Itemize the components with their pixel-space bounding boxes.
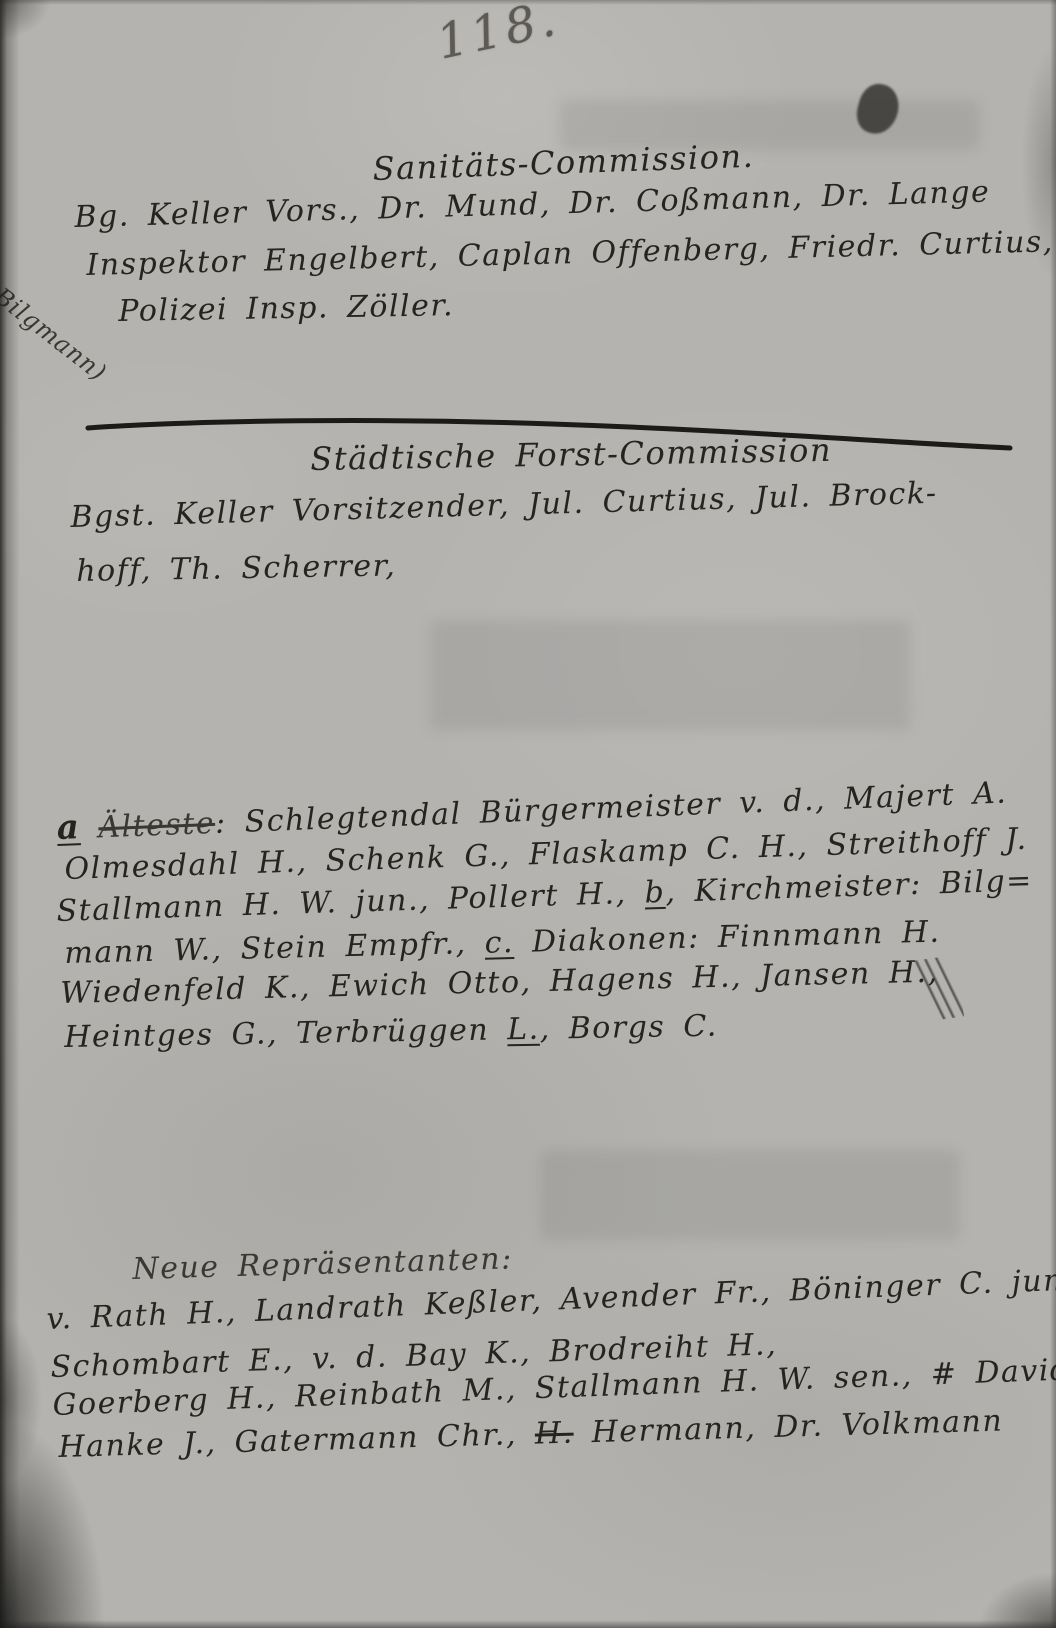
repraesentanten-line-text: Hanke J., Gatermann Chr., [58,1417,535,1465]
forst-line: hoff, Th. Scherrer, [76,548,397,589]
list-marker-b: b [644,875,666,911]
page-number: 118. [432,0,564,71]
bleed-through-patch [540,1150,960,1240]
sanitaets-line: Polizei Insp. Zöller. [118,288,454,329]
sanitaets-line: Inspektor Engelbert, Caplan Offenberg, F… [86,224,1054,283]
repraesentanten-line-text: Hermann, Dr. Volkmann [573,1404,1004,1451]
members-line-text: Diakonen: Finnmann H. [514,915,941,960]
sanitaets-line: Bg. Keller Vors., Dr. Mund, Dr. Coßmann,… [74,174,991,235]
list-marker-L: L. [507,1012,540,1048]
heading-forst-commission: Städtische Forst-Commission [310,431,832,478]
heading-neue-repraesentanten: Neue Repräsentanten: [132,1241,513,1287]
list-marker-a: a [56,807,81,848]
members-line-text: , Borgs C. [539,1009,718,1047]
margin-note-bilgmann: Bilgmann) [0,282,112,387]
scanned-manuscript-page: 118. Sanitäts-Commission. Bg. Keller Vor… [0,0,1056,1628]
heading-sanitaets-commission: Sanitäts-Commission. [372,137,755,188]
members-line-text: Heintges G., Terbrüggen [64,1012,507,1055]
list-marker-c: c. [484,925,514,961]
ink-blot [853,80,904,138]
members-line-L: Heintges G., Terbrüggen L., Borgs C. [64,1009,718,1055]
members-line-text: , Kirchmeister: Bilg= [665,863,1034,910]
bleed-through-patch [430,620,910,730]
struck-word: Älteste [98,806,216,845]
struck-word: H. [534,1416,574,1452]
forst-line: Bgst. Keller Vorsitzender, Jul. Curtius,… [70,476,938,535]
members-line-text: mann W., Stein Empfr., [64,926,485,971]
